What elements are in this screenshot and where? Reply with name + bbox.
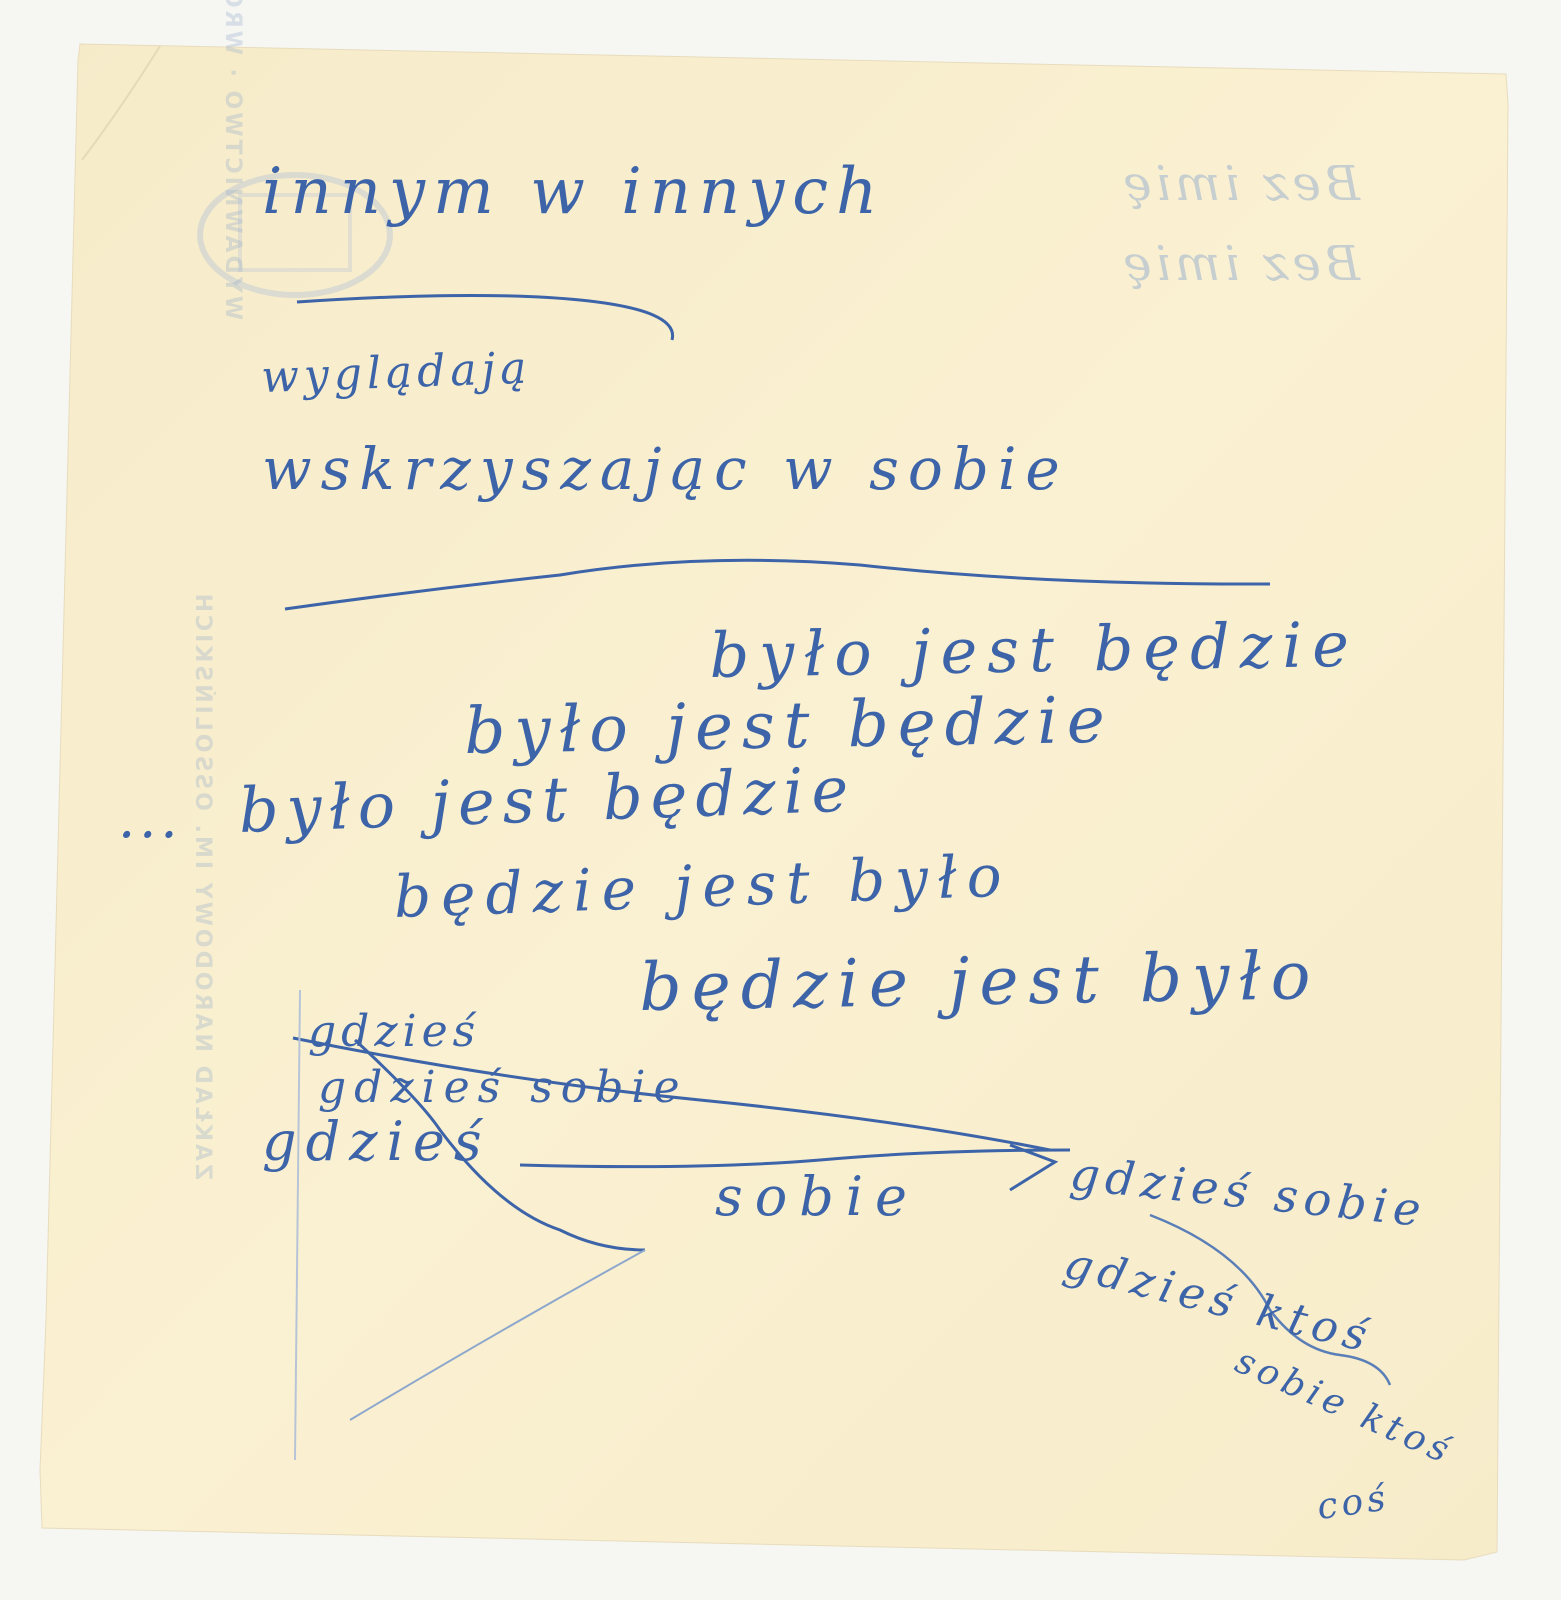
- scanned-document: ZAKŁAD NARODOWY IM. OSSOLIŃSKICH WYDAWNI…: [0, 0, 1561, 1600]
- line-wygladaja: wyglądają: [260, 347, 532, 400]
- line-bedzie-jest-bylo-2: będzie jest było: [639, 943, 1321, 1021]
- line-gdzies-sobie: gdzieś sobie: [318, 1066, 688, 1110]
- line-cos: coś: [1315, 1480, 1392, 1526]
- line-wskrzyszajac-w-sobie: wskrzyszając w sobie: [262, 440, 1069, 498]
- line-bylo-jest-bedzie-2: było jest będzie: [464, 689, 1114, 764]
- line-sobie-middle: sobie: [715, 1170, 919, 1224]
- line-innym-w-innych: innym w innych: [262, 160, 885, 224]
- line-gdzies-struck: gdzieś: [308, 1010, 480, 1054]
- line-gdzies-left: gdzieś: [262, 1115, 491, 1169]
- line-prefix-ellipsis: ...: [118, 792, 182, 846]
- line-bylo-jest-bedzie-1: było jest będzie: [709, 614, 1359, 687]
